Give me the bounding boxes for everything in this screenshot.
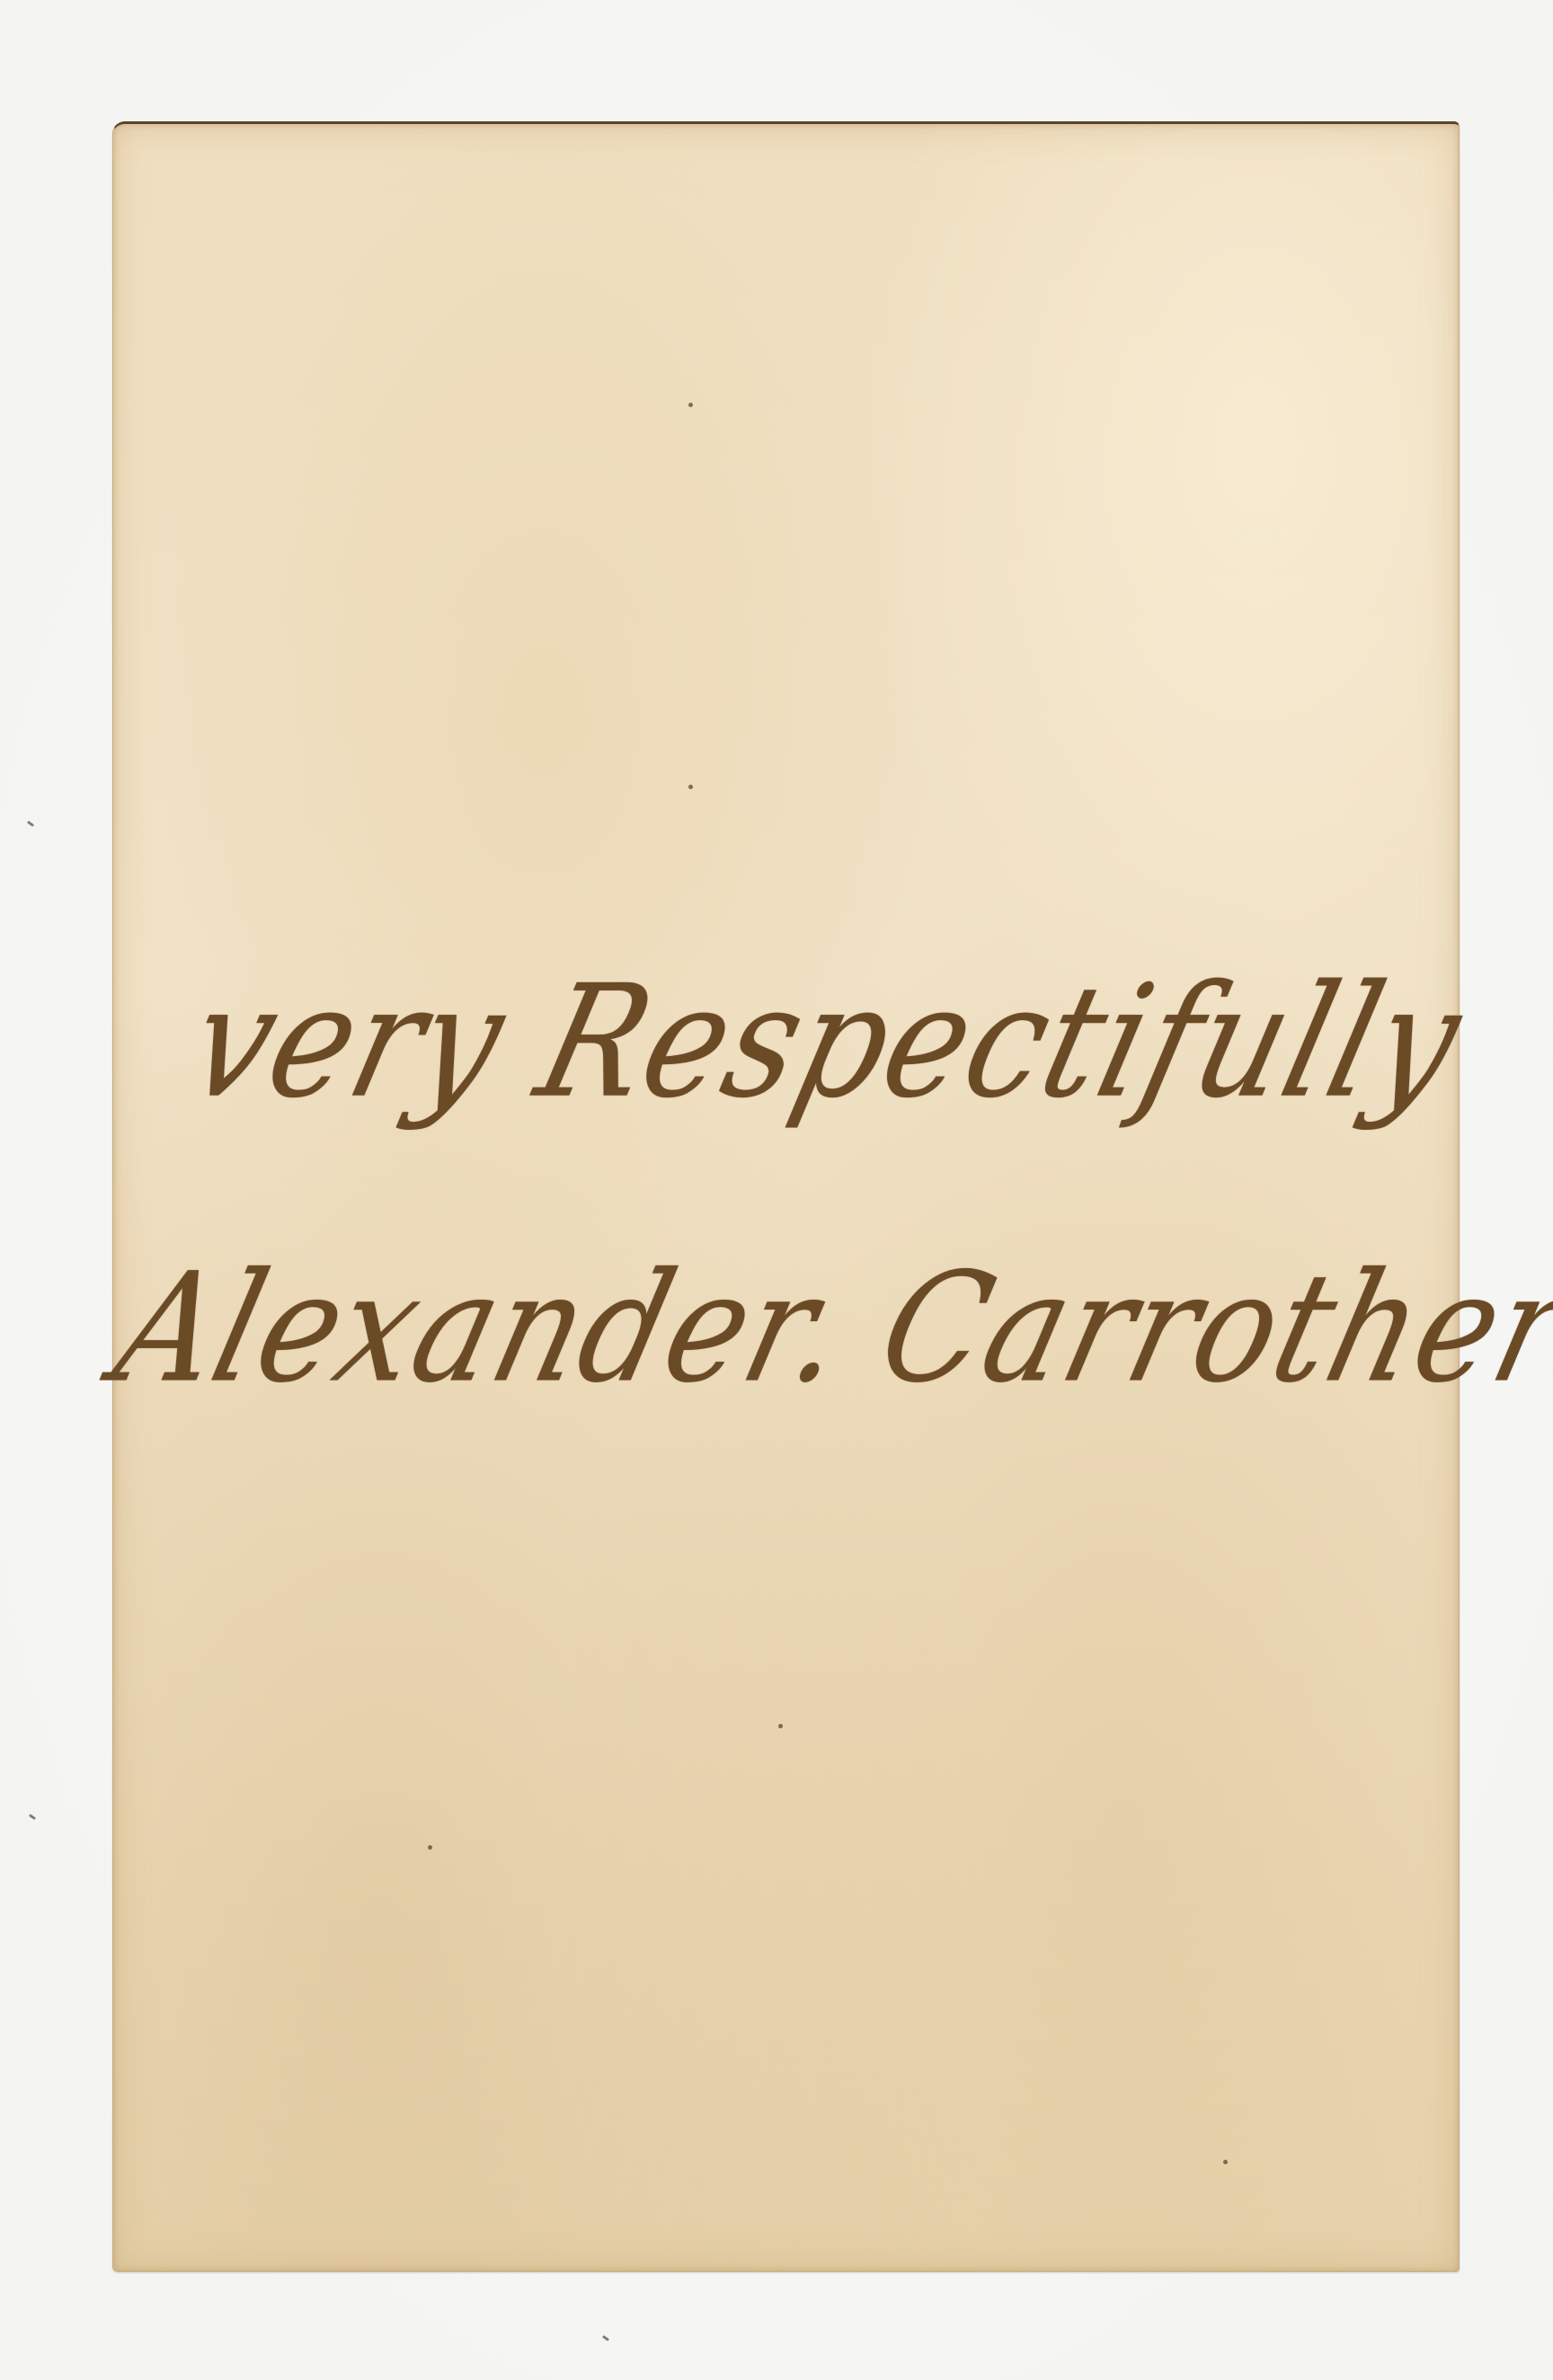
photo-card-back: very Respectifully Alexander. Carrothers xyxy=(112,121,1460,2272)
inscription-line-signature: Alexander. Carrothers xyxy=(92,1240,1481,1416)
paper-speck xyxy=(1223,2160,1228,2164)
paper-speck xyxy=(688,403,693,407)
paper-speck xyxy=(688,785,693,789)
paper-speck xyxy=(778,1724,783,1728)
inscription-line-closing: very Respectifully xyxy=(91,953,1481,1132)
paper-speck xyxy=(428,1845,432,1850)
